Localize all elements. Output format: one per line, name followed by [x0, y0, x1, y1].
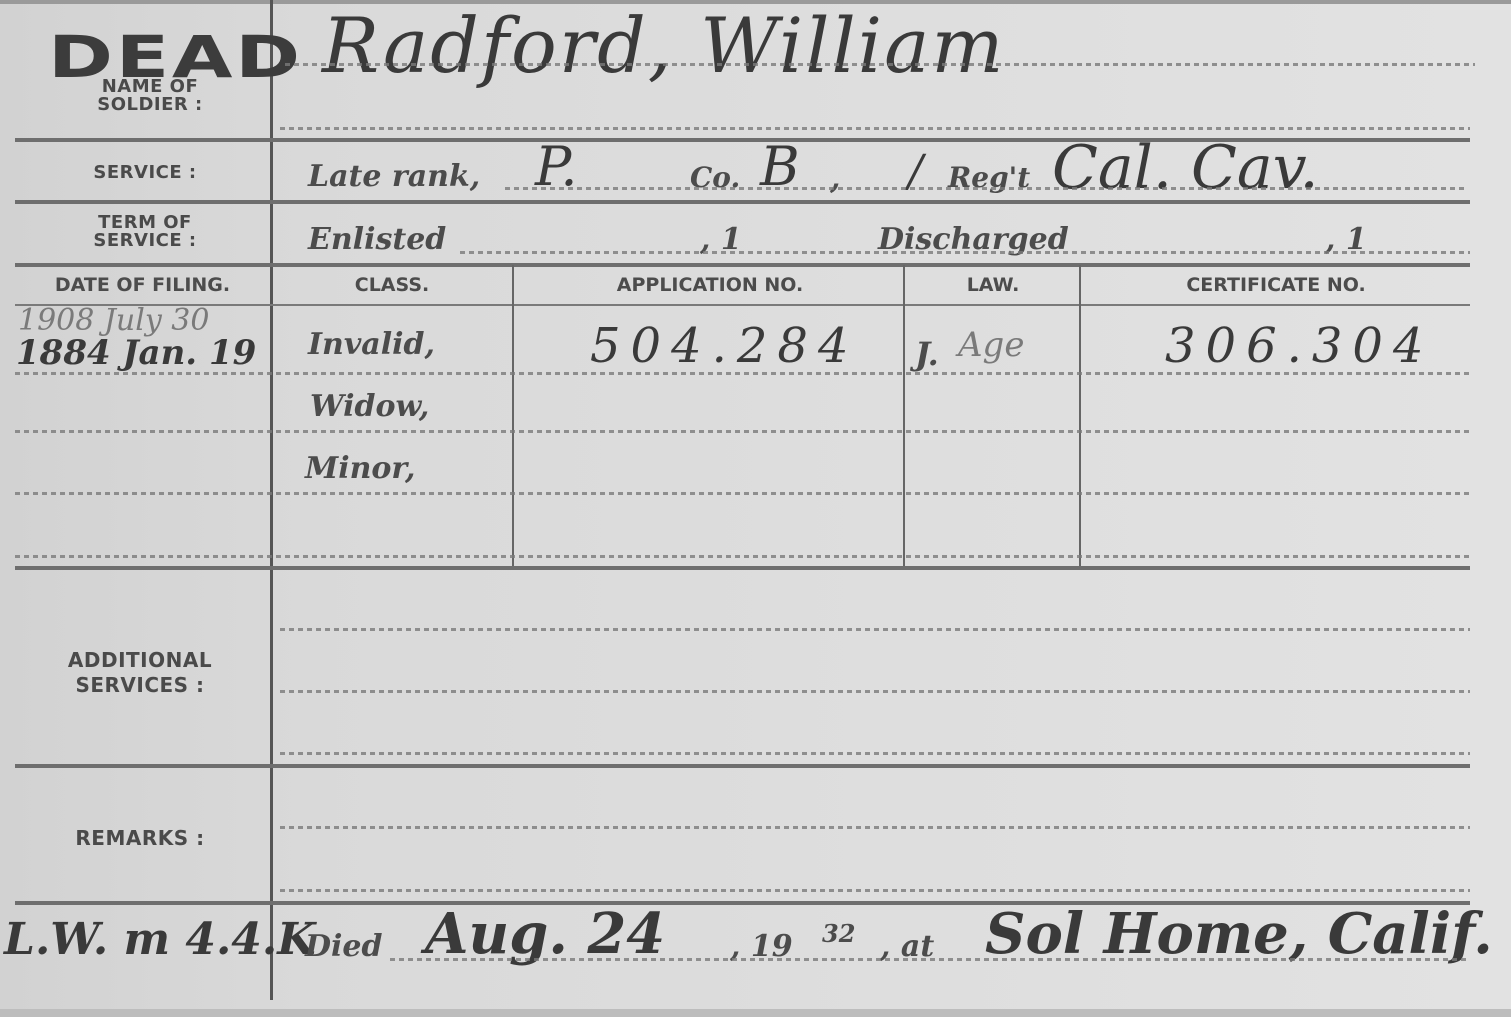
class-widow: Widow, [310, 392, 429, 422]
law-prefix: J. [915, 338, 939, 370]
additional-services-line-1 [280, 628, 1470, 631]
additional-services-line-3 [280, 752, 1470, 755]
additional-services-line-2 [280, 690, 1470, 693]
death-date: Aug. 24 [425, 906, 665, 962]
application-number: 504.284 [590, 322, 859, 370]
header-class: CLASS. [272, 276, 512, 295]
filing-date-2: 1884 Jan. 19 [16, 336, 256, 370]
name-dotted-line-2 [280, 127, 1470, 130]
death-year-suffix: 32 [822, 922, 855, 946]
header-law: LAW. [906, 276, 1080, 295]
late-rank-value: P. [535, 140, 578, 194]
filing-date-1: 1908 July 30 [18, 306, 209, 336]
table-row-line-2 [15, 430, 1470, 433]
additional-services-label: ADDITIONAL SERVICES : [40, 648, 240, 698]
remarks-label: REMARKS : [40, 828, 240, 848]
late-rank-label: Late rank, [308, 162, 480, 192]
term-of-service-label: TERM OF SERVICE : [80, 214, 210, 250]
certificate-number: 306.304 [1165, 322, 1434, 370]
died-label: Died [305, 932, 382, 962]
service-dotted-line [505, 187, 1465, 190]
header-certificate-no: CERTIFICATE NO. [1082, 276, 1470, 295]
pension-index-card: DEAD NAME OF SOLDIER : Radford, William … [0, 0, 1511, 1017]
name-dotted-line [285, 63, 1475, 66]
label-column-divider [270, 0, 273, 1000]
divider-additional-services [15, 764, 1470, 768]
company-value: B [760, 140, 800, 194]
column-divider-application [903, 265, 905, 568]
law-value: Age [958, 328, 1024, 362]
table-row-line-3 [15, 492, 1470, 495]
divider-term [15, 263, 1470, 267]
soldier-name: Radford, William [322, 8, 1006, 84]
death-place: Sol Home, Calif. [985, 906, 1493, 962]
column-divider-class [512, 265, 514, 568]
name-of-soldier-label: NAME OF SOLDIER : [80, 78, 220, 114]
table-row-line-1 [15, 372, 1470, 375]
class-minor: Minor, [305, 454, 416, 484]
column-divider-law [1079, 265, 1081, 568]
header-application-no: APPLICATION NO. [515, 276, 905, 295]
divider-table-bottom [15, 566, 1470, 570]
enlisted-label: Enlisted [308, 225, 446, 255]
died-dotted-line [390, 958, 1470, 961]
divider-service [15, 200, 1470, 204]
class-invalid: Invalid, [308, 330, 435, 360]
remarks-line-1 [280, 826, 1470, 829]
remarks-line-2 [280, 889, 1470, 892]
divider-table-header [15, 304, 1470, 306]
term-dotted-line [460, 251, 1470, 254]
service-label: SERVICE : [80, 164, 210, 182]
margin-note: L.W. m 4.4.K [4, 918, 315, 962]
table-row-line-4 [15, 555, 1470, 558]
header-date-of-filing: DATE OF FILING. [15, 276, 270, 295]
